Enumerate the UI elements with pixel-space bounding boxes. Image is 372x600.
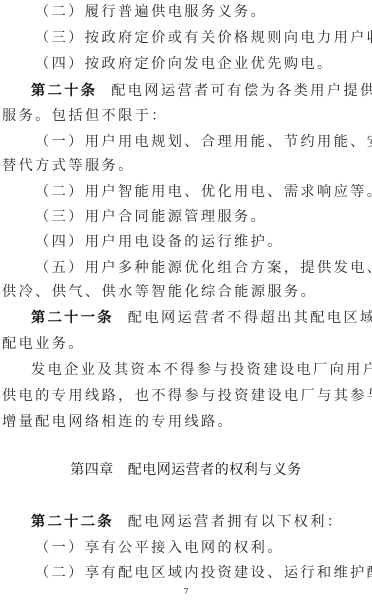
text-line: （二）用户智能用电、优化用电、需求响应等。 [35,183,372,201]
article-number: 第二十二条 [31,514,114,530]
text-line: （五）用户多种能源优化组合方案，提供发电、供热、 [35,259,372,277]
chapter-title: 配电网运营者的权利与义务 [128,462,302,478]
text-line: 增量配电网络相连的专用线路。 [2,413,234,431]
text-line: （一）用户用电规划、合理用能、节约用能、安全用电、 [35,133,372,151]
text-line: 替代方式等服务。 [2,157,135,175]
text-line: 供冷、供气、供水等智能化综合能源服务。 [2,283,317,301]
article-line: 第二十二条 配电网运营者拥有以下权利： [31,513,343,531]
article-line: 第二十一条 配电网运营者不得超出其配电区域从事 [31,309,372,327]
text-line: 服务。包括但不限于： [2,107,168,125]
article-text: 配电网运营者不得超出其配电区域从事 [128,310,372,326]
article-number: 第二十条 [31,83,97,99]
text-line: （三）用户合同能源管理服务。 [35,208,267,226]
article-line: 第二十条 配电网运营者可有偿为各类用户提供增值 [31,82,372,100]
article-number: 第二十一条 [31,310,114,326]
text-line: 发电企业及其资本不得参与投资建设电厂向用户直接 [31,361,372,379]
article-text: 配电网运营者拥有以下权利： [128,514,344,530]
text-line: （四）用户用电设备的运行维护。 [35,233,284,251]
article-text: 配电网运营者可有偿为各类用户提供增值 [111,83,372,99]
text-line: （三）按政府定价或有关价格规则向电力用户收取电费。 [35,29,372,47]
text-line: （四）按政府定价向发电企业优先购电。 [35,55,334,73]
chapter-heading: 第四章配电网运营者的权利与义务 [0,459,372,479]
text-line: （二）履行普遍供电服务义务。 [35,3,267,21]
page-number: 7 [0,587,372,596]
text-line: 配电业务。 [2,335,85,353]
text-line: （一）享有公平接入电网的权利。 [35,539,284,557]
chapter-number: 第四章 [70,462,114,478]
text-line: （二）享有配电区域内投资建设、运行和维护配电网络 [35,564,372,582]
text-line: 供电的专用线路，也不得参与投资建设电厂与其参与投资的 [2,387,372,405]
